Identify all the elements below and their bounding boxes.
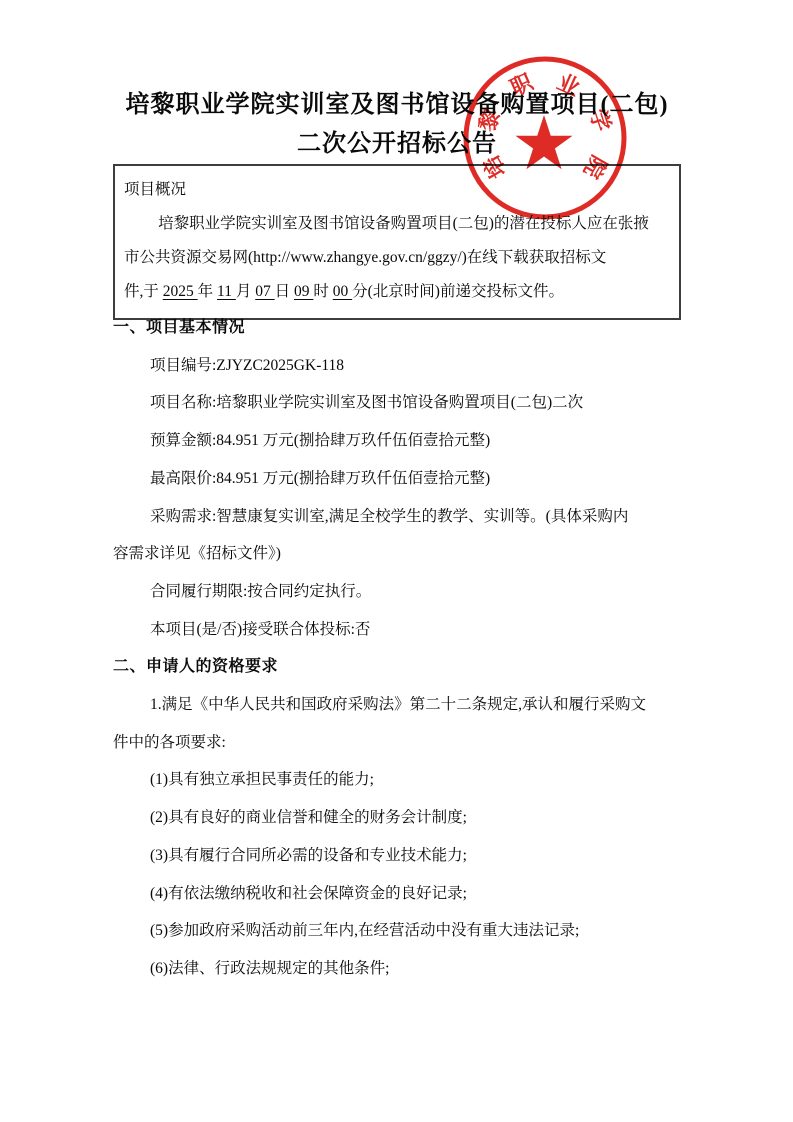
doc-line: 最高限价:84.951 万元(捌拾肆万玖仟伍佰壹拾元整) [113, 460, 681, 498]
doc-line: (3)具有履行合同所必需的设备和专业技术能力; [113, 837, 681, 875]
overview-heading: 项目概况 [124, 173, 670, 207]
text-segment: 件,于 [124, 283, 163, 300]
text-segment: 市公共资源交易网(http://www.zhangye.gov.cn/ggzy/… [124, 249, 606, 266]
document-body: 一、项目基本情况项目编号:ZJYZC2025GK-118项目名称:培黎职业学院实… [113, 309, 681, 988]
doc-line: (5)参加政府采购活动前三年内,在经营活动中没有重大违法记录; [113, 912, 681, 950]
text-segment: 培黎职业学院实训室及图书馆设备购置项目(二包)的潜在投标人应在张掖 [158, 215, 649, 232]
doc-line: 本项目(是/否)接受联合体投标:否 [113, 611, 681, 649]
page-title-line1: 培黎职业学院实训室及图书馆设备购置项目(二包) [105, 86, 689, 125]
underlined-date-value: 09 [294, 283, 313, 300]
underlined-date-value: 11 [217, 283, 236, 300]
doc-line: 件中的各项要求: [113, 724, 681, 762]
text-segment: 年 [198, 283, 217, 300]
doc-line: 1.满足《中华人民共和国政府采购法》第二十二条规定,承认和履行采购文 [113, 686, 681, 724]
document-page: 培黎职业学院实训室及图书馆设备购置项目(二包) 二次公开招标公告 项目概况 培黎… [0, 0, 793, 1122]
doc-line: 项目名称:培黎职业学院实训室及图书馆设备购置项目(二包)二次 [113, 384, 681, 422]
page-title-line2: 二次公开招标公告 [105, 125, 689, 164]
doc-line: (6)法律、行政法规规定的其他条件; [113, 950, 681, 988]
underlined-date-value: 2025 [163, 283, 198, 300]
section-heading: 一、项目基本情况 [113, 309, 681, 347]
page-title: 培黎职业学院实训室及图书馆设备购置项目(二包) 二次公开招标公告 [105, 86, 689, 164]
text-segment: 日 [275, 283, 294, 300]
text-segment: 时 [313, 283, 332, 300]
doc-line: (1)具有独立承担民事责任的能力; [113, 761, 681, 799]
overview-paragraph-line-1: 培黎职业学院实训室及图书馆设备购置项目(二包)的潜在投标人应在张掖 [124, 207, 670, 241]
text-segment: 月 [236, 283, 255, 300]
doc-line: (4)有依法缴纳税收和社会保障资金的良好记录; [113, 875, 681, 913]
underlined-date-value: 07 [255, 283, 274, 300]
text-segment: 分(北京时间)前递交投标文件。 [352, 283, 564, 300]
underlined-date-value: 00 [333, 283, 352, 300]
doc-line: 容需求详见《招标文件》) [113, 535, 681, 573]
doc-line: (2)具有良好的商业信誉和健全的财务会计制度; [113, 799, 681, 837]
doc-line: 合同履行期限:按合同约定执行。 [113, 573, 681, 611]
section-heading: 二、申请人的资格要求 [113, 648, 681, 686]
doc-line: 采购需求:智慧康复实训室,满足全校学生的教学、实训等。(具体采购内 [113, 498, 681, 536]
overview-box: 项目概况 培黎职业学院实训室及图书馆设备购置项目(二包)的潜在投标人应在张掖 市… [113, 164, 681, 320]
overview-paragraph-line-3: 件,于 2025 年 11 月 07 日 09 时 00 分(北京时间)前递交投… [124, 275, 670, 309]
overview-paragraph-line-2: 市公共资源交易网(http://www.zhangye.gov.cn/ggzy/… [124, 241, 670, 275]
doc-line: 项目编号:ZJYZC2025GK-118 [113, 347, 681, 385]
doc-line: 预算金额:84.951 万元(捌拾肆万玖仟伍佰壹拾元整) [113, 422, 681, 460]
